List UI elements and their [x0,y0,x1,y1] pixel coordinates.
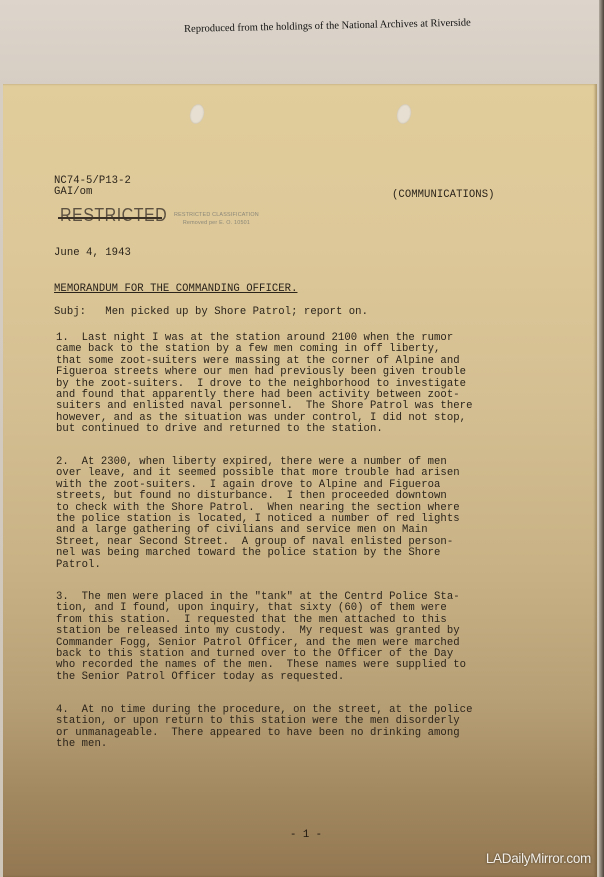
classification-mark: RESTRICTED [60,206,167,224]
declassification-stamp: RESTRICTED CLASSIFICATION Removed per E.… [174,211,259,228]
memo-title: MEMORANDUM FOR THE COMMANDING OFFICER. [54,284,297,295]
text-line: station be released into my custody. My … [56,626,556,637]
paragraph-3: 3. The men were placed in the "tank" at … [56,592,556,683]
category-label: (COMMUNICATIONS) [392,190,495,201]
page-number: - 1 - [290,830,322,841]
scan-edge [599,0,604,877]
text-line: Patrol. [56,560,556,571]
paragraph-4: 4. At no time during the procedure, on t… [56,705,556,751]
stamp-line: RESTRICTED CLASSIFICATION [174,212,259,218]
file-reference-line: GAI/om [54,186,92,198]
memo-date: June 4, 1943 [54,248,131,259]
text-line: the Senior Patrol Officer today as reque… [56,672,556,683]
subject-text: Men picked up by Shore Patrol; report on… [105,306,368,318]
text-line: Figueroa streets where our men had previ… [56,367,556,378]
strike-through-line [58,217,162,219]
text-line: the men. [56,739,556,750]
paragraph-2: 2. At 2300, when liberty expired, there … [56,457,556,571]
text-line: nel was being marched toward the police … [56,548,556,559]
stamp-line: Removed per E. O. 10501 [183,220,250,226]
site-watermark: LADailyMirror.com [486,851,591,866]
file-reference: NC74-5/P13-2 GAI/om [54,176,131,199]
text-line: streets, but found no disturbance. I the… [56,491,556,502]
subject-label: Subj: [54,306,86,318]
file-reference-line: NC74-5/P13-2 [54,175,131,187]
text-line: but continued to drive and returned to t… [56,424,556,435]
paragraph-1: 1. Last night I was at the station aroun… [56,333,556,436]
memo-subject: Subj: Men picked up by Shore Patrol; rep… [54,307,368,318]
text-line: or unmanageable. There appeared to have … [56,728,556,739]
